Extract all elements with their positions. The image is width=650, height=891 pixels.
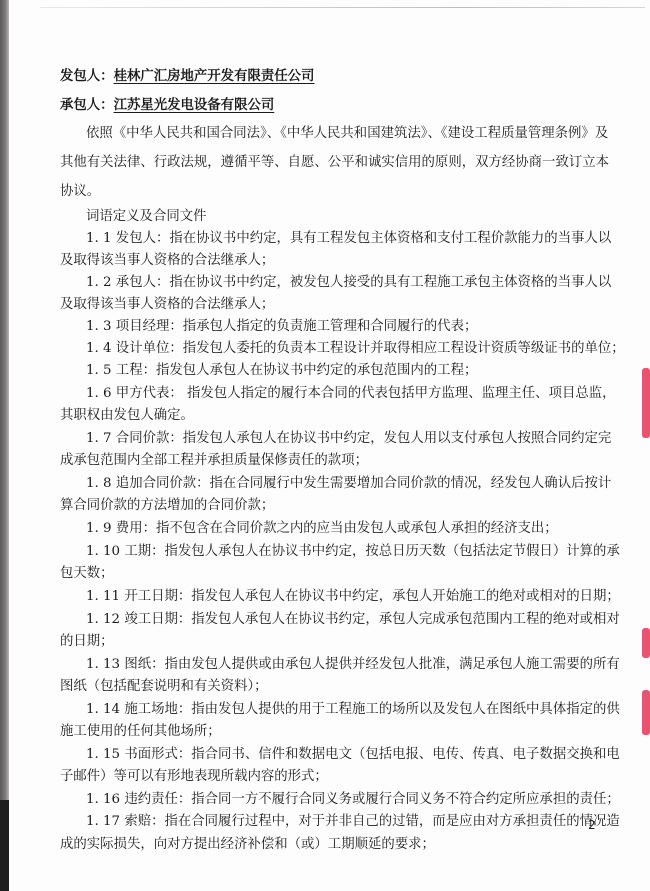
seal-stamp-fragment xyxy=(642,690,650,735)
page-number: 2 xyxy=(588,818,596,832)
clause-line: 1. 1 发包人：指在协议书中约定，具有工程发包主体资格和支付工程价款能力的当事… xyxy=(60,229,611,249)
section-title: 词语定义及合同文件 xyxy=(60,207,207,227)
employer-label: 发包人： xyxy=(60,68,114,84)
clause-line: 1. 17 索赔：指在合同履行过程中，对于并非自己的过错，而是应由对方承担责任的… xyxy=(60,812,620,832)
seal-stamp-fragment xyxy=(642,368,650,438)
clause-line: 1. 9 费用：指不包含在合同价款之内的应当由发包人或承包人承担的经济支出； xyxy=(60,519,558,539)
employer-line: 发包人：桂林广汇房地产开发有限责任公司 xyxy=(60,66,314,87)
contractor-line: 承包人：江苏星光发电设备有限公司 xyxy=(60,95,274,116)
clause-line: 包天数； xyxy=(60,564,114,584)
preamble-line: 依照《中华人民共和国合同法》、《中华人民共和国建筑法》、《建设工程质量管理条例》… xyxy=(60,124,608,144)
contractor-name: 江苏星光发电设备有限公司 xyxy=(114,97,275,113)
clause-line: 图纸（包括配套说明和有关资料）； xyxy=(60,677,268,697)
clause-line: 1. 13 图纸：指由发包人提供或由承包人提供并经发包人批准，满足承包人施工需要… xyxy=(60,655,620,675)
clause-line: 1. 8 追加合同价款：指在合同履行中发生需要增加合同价款的情况，经发包人确认后… xyxy=(60,474,611,494)
clause-line: 成承包范围内全部工程并承担质量保修责任的款项； xyxy=(60,451,368,471)
clause-line: 施工使用的任何其他场所； xyxy=(60,722,221,742)
clause-line: 1. 16 违约责任：指合同一方不履行合同义务或履行合同义务不符合约定所应承担的… xyxy=(60,790,620,810)
clause-line: 1. 10 工期：指发包人承包人在协议书中约定，按总日历天数（包括法定节假日）计… xyxy=(60,542,620,562)
clause-line: 子邮件）等可以有形地表现所载内容的形式； xyxy=(60,767,328,787)
contractor-label: 承包人： xyxy=(60,97,114,113)
clause-line: 其职权由发包人确定。 xyxy=(60,406,194,426)
clause-line: 成的实际损失，向对方提出经济补偿和（或）工期顺延的要求； xyxy=(60,835,435,855)
clause-line: 1. 6 甲方代表： 指发包人指定的履行本合同的代表包括甲方监理、监理主任、项目… xyxy=(60,384,616,404)
preamble-line: 其他有关法律、行政法规，遵循平等、自愿、公平和诚实信用的原则，双方经协商一致订立… xyxy=(60,153,609,173)
clause-line: 1. 4 设计单位：指发包人委托的负责本工程设计并取得相应工程设计资质等级证书的… xyxy=(60,339,625,359)
clause-line: 1. 15 书面形式：指合同书、信件和数据电文（包括电报、电传、传真、电子数据交… xyxy=(60,745,620,765)
clause-line: 算合同价款的方法增加的合同价款； xyxy=(60,496,274,516)
preamble-line: 协议。 xyxy=(60,182,100,202)
clause-line: 及取得该当事人资格的合法继承人； xyxy=(60,295,274,315)
clause-line: 1. 12 竣工日期：指发包人承包人在协议书约定，承包人完成承包范围内工程的绝对… xyxy=(60,610,620,630)
clause-line: 1. 2 承包人：指在协议书中约定，被发包人接受的具有工程施工承包主体资格的当事… xyxy=(60,273,611,293)
clause-line: 1. 3 项目经理：指承包人指定的负责施工管理和合同履行的代表； xyxy=(60,317,477,337)
employer-name: 桂林广汇房地产开发有限责任公司 xyxy=(114,68,315,84)
clause-line: 1. 14 施工场地：指由发包人提供的用于工程施工的场所以及发包人在图纸中具体指… xyxy=(60,700,620,720)
scanner-edge-dark xyxy=(0,800,9,891)
clause-line: 1. 5 工程：指发包人承包人在协议书中约定的承包范围内的工程； xyxy=(60,361,477,381)
clause-line: 1. 7 合同价款：指发包人承包人在协议书中约定，发包人用以支付承包人按照合同约… xyxy=(60,429,611,449)
seal-stamp-fragment xyxy=(642,628,650,658)
scanner-edge xyxy=(0,0,9,891)
clause-line: 及取得该当事人资格的合法继承人； xyxy=(60,251,274,271)
header-rule xyxy=(40,7,645,8)
clause-line: 的日期； xyxy=(60,632,114,652)
clause-line: 1. 11 开工日期：指发包人承包人在协议书中约定，承包人开始施工的绝对或相对的… xyxy=(60,587,620,607)
